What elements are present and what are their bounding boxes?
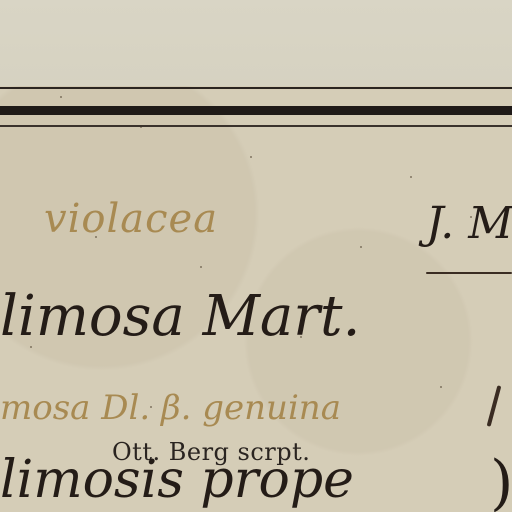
handwritten-underline [426, 272, 512, 274]
handwritten-species-name: limosa Mart. [0, 284, 360, 349]
handwritten-locality-note: limosis prope [0, 450, 354, 510]
handwritten-variety-note: mosa Dl. β. genuina [0, 388, 341, 428]
closing-parenthesis: ) [490, 448, 512, 512]
handwritten-collector-initial: J. M [426, 198, 512, 249]
handwritten-epithet: violacea [44, 196, 218, 242]
border-rule-thin-bottom [0, 125, 512, 127]
border-rule-thin-top [0, 87, 512, 89]
upper-margin-paper [0, 0, 512, 86]
border-rule-thick [0, 106, 512, 115]
